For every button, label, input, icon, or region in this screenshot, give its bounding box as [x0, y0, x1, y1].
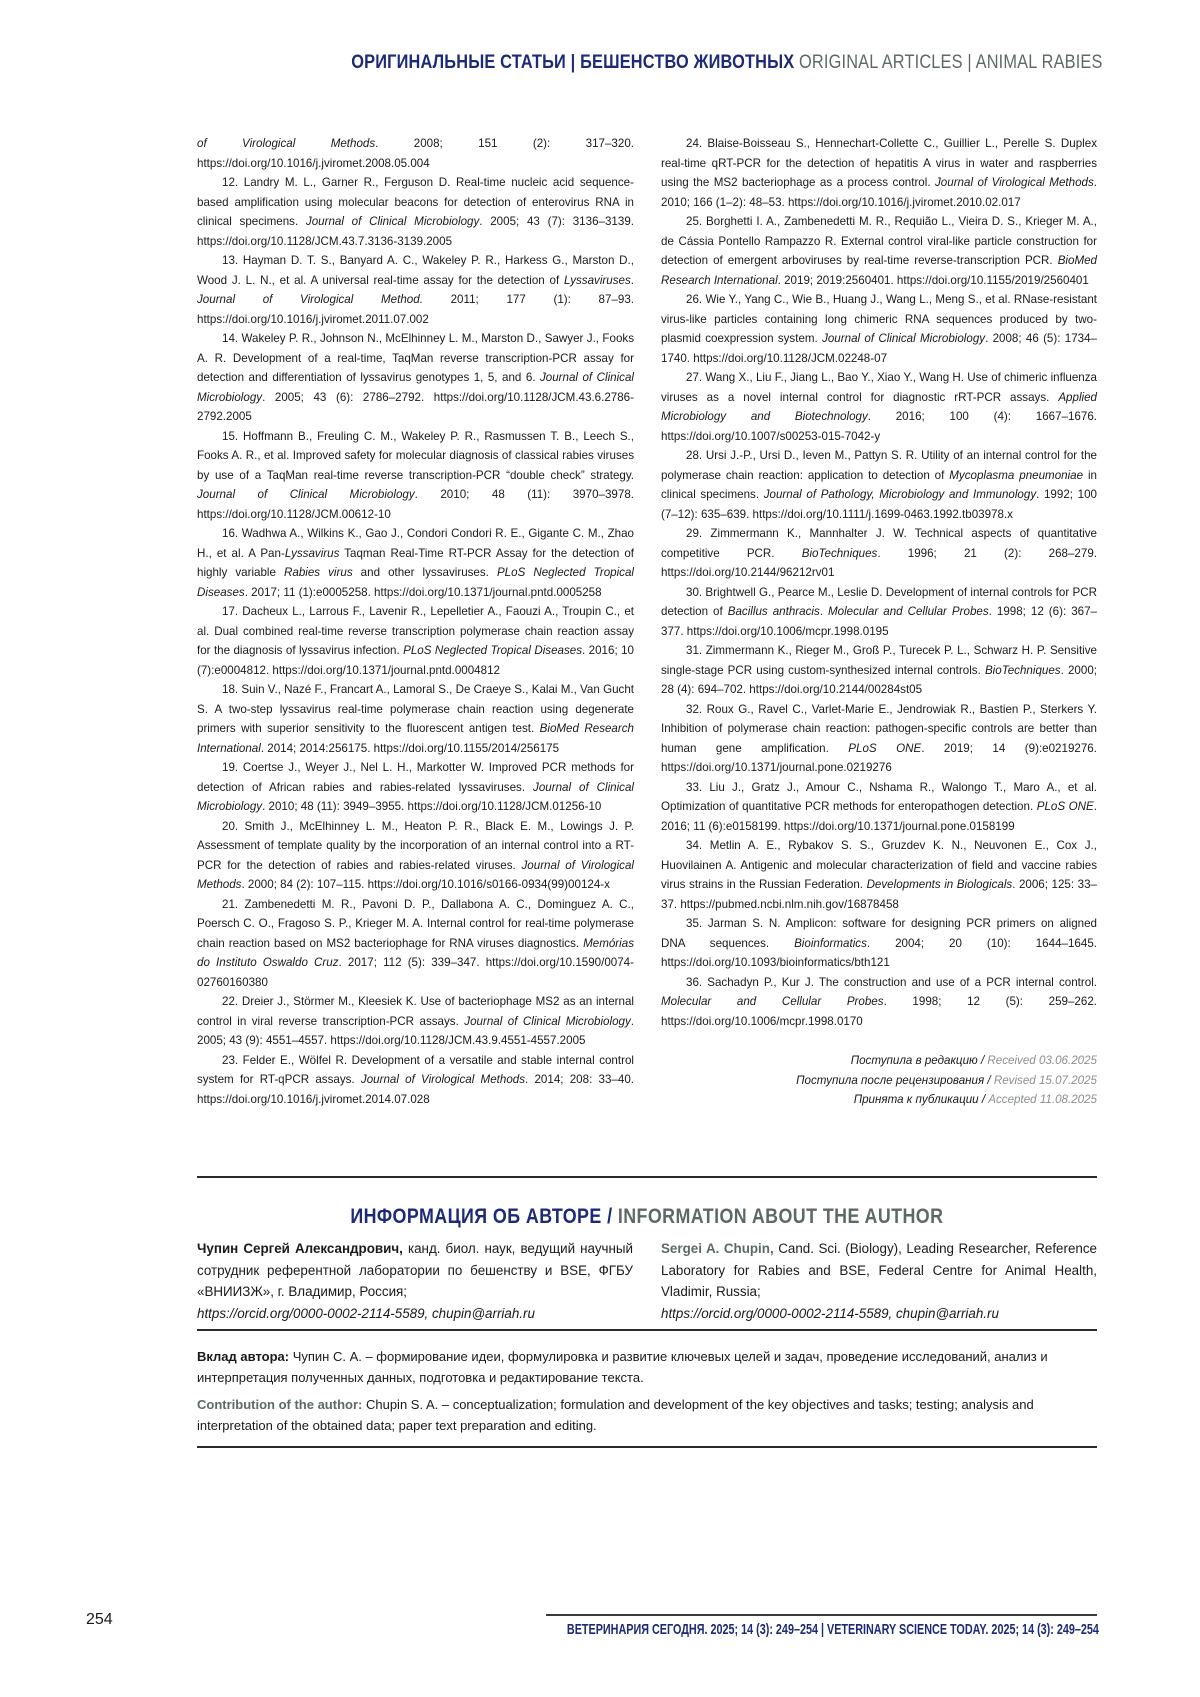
reference-item: 16. Wadhwa A., Wilkins K., Gao J., Condo…	[197, 524, 634, 602]
reference-item: 24. Blaise-Boisseau S., Hennechart-Colle…	[661, 134, 1097, 212]
author-links-ru[interactable]: https://orcid.org/0000-0002-2114-5589, c…	[197, 1306, 535, 1321]
reference-item: 21. Zambenedetti M. R., Pavoni D. P., Da…	[197, 895, 634, 993]
contribution-ru: Вклад автора: Чупин С. А. – формирование…	[197, 1346, 1097, 1388]
reference-item: 36. Sachadyn P., Kur J. The construction…	[661, 973, 1097, 1032]
references-right-list: 24. Blaise-Boisseau S., Hennechart-Colle…	[661, 134, 1097, 1031]
divider-bottom	[197, 1446, 1097, 1448]
reference-item: 12. Landry M. L., Garner R., Ferguson D.…	[197, 173, 634, 251]
reference-item: 25. Borghetti I. A., Zambenedetti M. R.,…	[661, 212, 1097, 290]
author-name-ru: Чупин Сергей Александрович,	[197, 1241, 403, 1256]
author-info-ru: Чупин Сергей Александрович, канд. биол. …	[197, 1238, 633, 1324]
references-right-column: 24. Blaise-Boisseau S., Hennechart-Colle…	[661, 134, 1097, 1110]
reference-item: of Virological Methods. 2008; 151 (2): 3…	[197, 134, 634, 173]
reference-item: 34. Metlin A. E., Rybakov S. S., Gruzdev…	[661, 836, 1097, 914]
footer-rule	[546, 1614, 1097, 1616]
contribution-en: Contribution of the author: Chupin S. A.…	[197, 1394, 1097, 1436]
running-head-ru: ОРИГИНАЛЬНЫЕ СТАТЬИ | БЕШЕНСТВО ЖИВОТНЫХ	[352, 52, 795, 73]
author-name-en: Sergei A. Chupin,	[661, 1241, 774, 1256]
reference-item: 35. Jarman S. N. Amplicon: software for …	[661, 914, 1097, 973]
reference-item: 33. Liu J., Gratz J., Amour C., Nshama R…	[661, 778, 1097, 837]
page-number: 254	[86, 1611, 113, 1629]
reference-item: 20. Smith J., McElhinney L. M., Heaton P…	[197, 817, 634, 895]
reference-item: 15. Hoffmann B., Freuling C. M., Wakeley…	[197, 427, 634, 525]
journal-citation-footer: ВЕТЕРИНАРИЯ СЕГОДНЯ. 2025; 14 (3): 249–2…	[567, 1621, 1099, 1638]
reference-item: 32. Roux G., Ravel C., Varlet-Marie E., …	[661, 700, 1097, 778]
reference-item: 31. Zimmermann K., Rieger M., Groß P., T…	[661, 641, 1097, 700]
reference-item: 17. Dacheux L., Larrous F., Lavenir R., …	[197, 602, 634, 680]
running-head: ОРИГИНАЛЬНЫЕ СТАТЬИ | БЕШЕНСТВО ЖИВОТНЫХ…	[352, 52, 1103, 74]
references-left-column: of Virological Methods. 2008; 151 (2): 3…	[197, 134, 634, 1110]
reference-item: 28. Ursi J.-P., Ursi D., Ieven M., Patty…	[661, 446, 1097, 524]
reference-item: 27. Wang X., Liu F., Jiang L., Bao Y., X…	[661, 368, 1097, 446]
article-dates: Поступила в редакцию / Received 03.06.20…	[661, 1051, 1097, 1110]
author-info-en: Sergei A. Chupin, Cand. Sci. (Biology), …	[661, 1238, 1097, 1324]
reference-item: 18. Suin V., Nazé F., Francart A., Lamor…	[197, 680, 634, 758]
date-accepted: Принята к публикации / Accepted 11.08.20…	[661, 1090, 1097, 1110]
date-received: Поступила в редакцию / Received 03.06.20…	[661, 1051, 1097, 1071]
running-head-en: ORIGINAL ARTICLES | ANIMAL RABIES	[799, 52, 1103, 73]
author-contribution: Вклад автора: Чупин С. А. – формирование…	[197, 1346, 1097, 1442]
reference-item: 26. Wie Y., Yang C., Wie B., Huang J., W…	[661, 290, 1097, 368]
date-revised: Поступила после рецензирования / Revised…	[661, 1071, 1097, 1091]
reference-item: 30. Brightwell G., Pearce M., Leslie D. …	[661, 583, 1097, 642]
reference-item: 22. Dreier J., Störmer M., Kleesiek K. U…	[197, 992, 634, 1051]
divider-middle	[197, 1329, 1097, 1331]
reference-item: 29. Zimmermann K., Mannhalter J. W. Tech…	[661, 524, 1097, 583]
references-columns: of Virological Methods. 2008; 151 (2): 3…	[197, 134, 1097, 1110]
reference-item: 13. Hayman D. T. S., Banyard A. C., Wake…	[197, 251, 634, 329]
divider-top	[197, 1176, 1097, 1178]
author-info: Чупин Сергей Александрович, канд. биол. …	[197, 1238, 1097, 1324]
reference-item: 19. Coertse J., Weyer J., Nel L. H., Mar…	[197, 758, 634, 817]
author-links-en[interactable]: https://orcid.org/0000-0002-2114-5589, c…	[661, 1306, 999, 1321]
author-section-title: ИНФОРМАЦИЯ ОБ АВТОРЕ / INFORMATION ABOUT…	[197, 1205, 1097, 1229]
reference-item: 23. Felder E., Wölfel R. Development of …	[197, 1051, 634, 1110]
reference-item: 14. Wakeley P. R., Johnson N., McElhinne…	[197, 329, 634, 427]
